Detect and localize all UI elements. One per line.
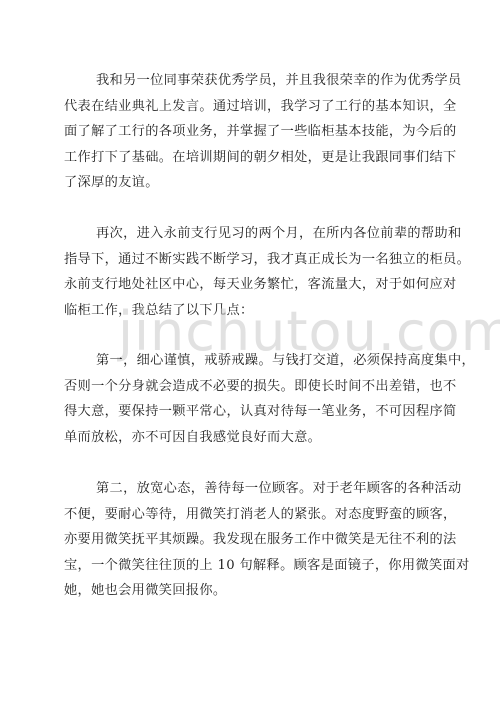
text-line: 我和另一位同事荣获优秀学员，并且我很荣幸的作为优秀学员 (64, 68, 444, 94)
text-line: 第二，放宽心态，善待每一位顾客。对于老年顾客的各种活动 (64, 476, 444, 502)
text-line: 代表在结业典礼上发言。通过培训，我学习了工行的基本知识，全 (64, 94, 444, 120)
document-page: 我和另一位同事荣获优秀学员，并且我很荣幸的作为优秀学员 代表在结业典礼上发言。通… (0, 0, 500, 708)
text-line: 了深厚的友谊。 (64, 170, 444, 196)
text-line: 单而放松，亦不可因自我感觉良好而大意。 (64, 425, 444, 451)
text-line: 不便，要耐心等待，用微笑打消老人的紧张。对态度野蛮的顾客， (64, 502, 444, 528)
text-line: 得大意，要保持一颗平常心，认真对待每一笔业务，不可因程序简 (64, 399, 444, 425)
text-line: 第一，细心谨慎，戒骄戒躁。与钱打交道，必须保持高度集中， (64, 348, 444, 374)
paragraph-internship: 再次，进入永前支行见习的两个月，在所内各位前辈的帮助和 指导下，通过不断实践不断… (64, 221, 444, 323)
text-line: 面了解了工行的各项业务，并掌握了一些临柜基本技能，为今后的 (64, 119, 444, 145)
text-line: 否则一个分身就会造成不必要的损失。即使长时间不出差错，也不 (64, 374, 444, 400)
paragraph-point-two: 第二，放宽心态，善待每一位顾客。对于老年顾客的各种活动 不便，要耐心等待，用微笑… (64, 476, 444, 604)
text-line: 临柜工作，我总结了以下几点： (64, 298, 444, 324)
text-line: 亦要用微笑抚平其烦躁。我发现在服务工作中微笑是无往不利的法 (64, 527, 444, 553)
paragraph-intro: 我和另一位同事荣获优秀学员，并且我很荣幸的作为优秀学员 代表在结业典礼上发言。通… (64, 68, 444, 196)
text-line: 再次，进入永前支行见习的两个月，在所内各位前辈的帮助和 (64, 221, 444, 247)
paragraph-point-one: 第一，细心谨慎，戒骄戒躁。与钱打交道，必须保持高度集中， 否则一个分身就会造成不… (64, 348, 444, 450)
text-line: 宝，一个微笑往往顶的上 10 句解释。顾客是面镜子，你用微笑面对 (64, 553, 444, 579)
text-line: 永前支行地处社区中心，每天业务繁忙，客流量大，对于如何应对 (64, 272, 444, 298)
text-line: 她，她也会用微笑回报你。 (64, 578, 444, 604)
text-line: 指导下，通过不断实践不断学习，我才真正成长为一名独立的柜员。 (64, 247, 444, 273)
text-line: 工作打下了基础。在培训期间的朝夕相处，更是让我跟同事们结下 (64, 145, 444, 171)
